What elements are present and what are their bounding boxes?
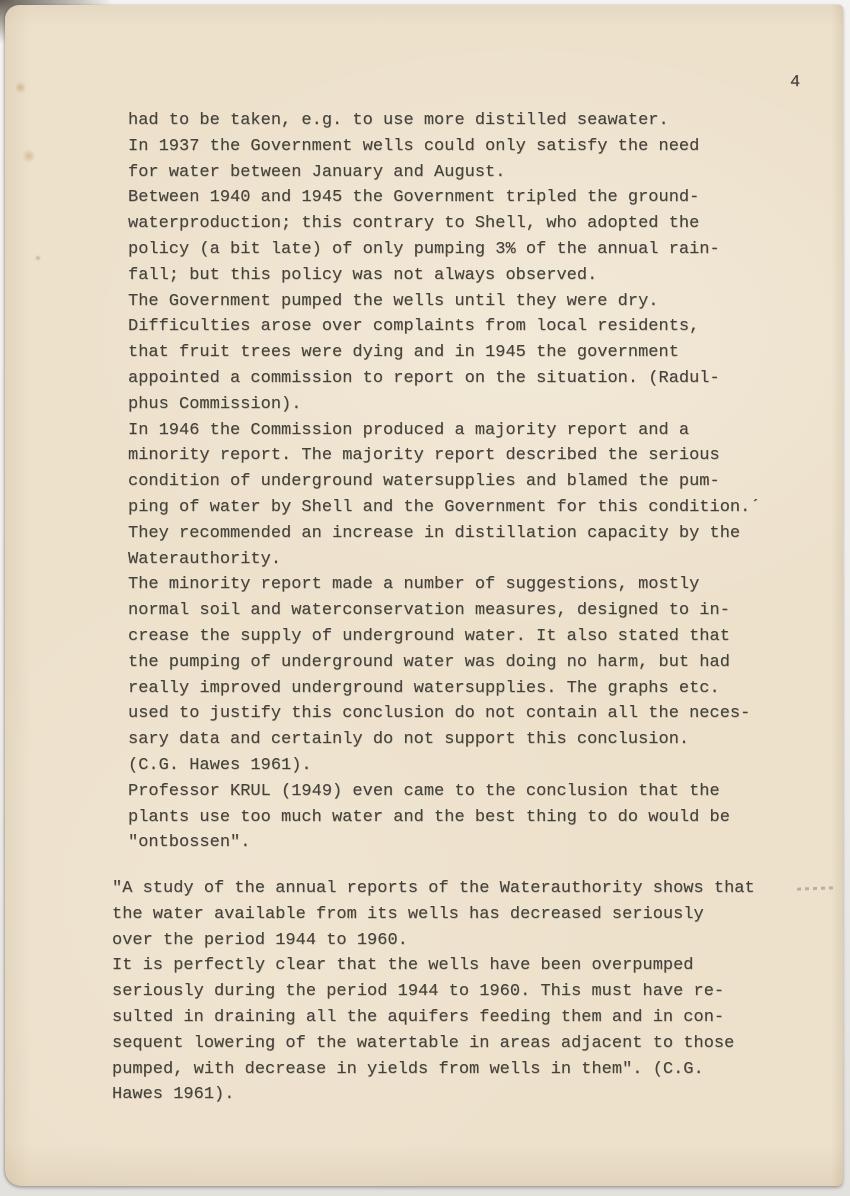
paper-stain	[35, 255, 41, 261]
text-line: condition of underground watersupplies a…	[128, 469, 761, 495]
text-line: phus Commission).	[128, 392, 761, 418]
text-line: It is perfectly clear that the wells hav…	[112, 953, 755, 979]
text-line: policy (a bit late) of only pumping 3% o…	[128, 237, 761, 263]
text-line: appointed a commission to report on the …	[128, 366, 761, 392]
text-line: normal soil and waterconservation measur…	[128, 598, 761, 624]
text-line: "ontbossen".	[128, 830, 761, 856]
scan-background: 4 had to be taken, e.g. to use more dist…	[0, 0, 850, 1196]
text-line: They recommended an increase in distilla…	[128, 521, 761, 547]
text-line: In 1937 the Government wells could only …	[128, 134, 761, 160]
paper-stain	[22, 149, 36, 163]
text-line: minority report. The majority report des…	[128, 443, 761, 469]
text-line: waterproduction; this contrary to Shell,…	[128, 211, 761, 237]
text-line: used to justify this conclusion do not c…	[128, 701, 761, 727]
text-line: really improved underground watersupplie…	[128, 676, 761, 702]
text-line: the water available from its wells has d…	[112, 902, 755, 928]
text-line: that fruit trees were dying and in 1945 …	[128, 340, 761, 366]
text-line: Hawes 1961).	[112, 1082, 755, 1108]
paper-stain	[15, 81, 26, 94]
text-line: The Government pumped the wells until th…	[128, 289, 761, 315]
text-line: pumped, with decrease in yields from wel…	[112, 1057, 755, 1083]
text-line: The minority report made a number of sug…	[128, 572, 761, 598]
text-line: sulted in draining all the aquifers feed…	[112, 1005, 755, 1031]
text-line: the pumping of underground water was doi…	[128, 650, 761, 676]
pencil-annotation-mark	[797, 886, 833, 890]
text-line: Professor KRUL (1949) even came to the c…	[128, 779, 761, 805]
text-line: ping of water by Shell and the Governmen…	[128, 495, 761, 521]
text-line: In 1946 the Commission produced a majori…	[128, 418, 761, 444]
text-line: crease the supply of underground water. …	[128, 624, 761, 650]
text-line: had to be taken, e.g. to use more distil…	[128, 108, 761, 134]
text-line: fall; but this policy was not always obs…	[128, 263, 761, 289]
text-line: Waterauthority.	[128, 547, 761, 573]
text-line: "A study of the annual reports of the Wa…	[112, 876, 755, 902]
paragraph-block-2: "A study of the annual reports of the Wa…	[112, 876, 755, 1108]
page-number: 4	[790, 73, 800, 92]
text-line: Difficulties arose over complaints from …	[128, 314, 761, 340]
text-line: plants use too much water and the best t…	[128, 805, 761, 831]
text-line: for water between January and August.	[128, 160, 761, 186]
document-page: 4 had to be taken, e.g. to use more dist…	[5, 5, 843, 1186]
text-line: seriously during the period 1944 to 1960…	[112, 979, 755, 1005]
text-line: over the period 1944 to 1960.	[112, 928, 755, 954]
paragraph-block-1: had to be taken, e.g. to use more distil…	[128, 108, 761, 856]
text-line: Between 1940 and 1945 the Government tri…	[128, 185, 761, 211]
text-line: sequent lowering of the watertable in ar…	[112, 1031, 755, 1057]
text-line: (C.G. Hawes 1961).	[128, 753, 761, 779]
text-line: sary data and certainly do not support t…	[128, 727, 761, 753]
